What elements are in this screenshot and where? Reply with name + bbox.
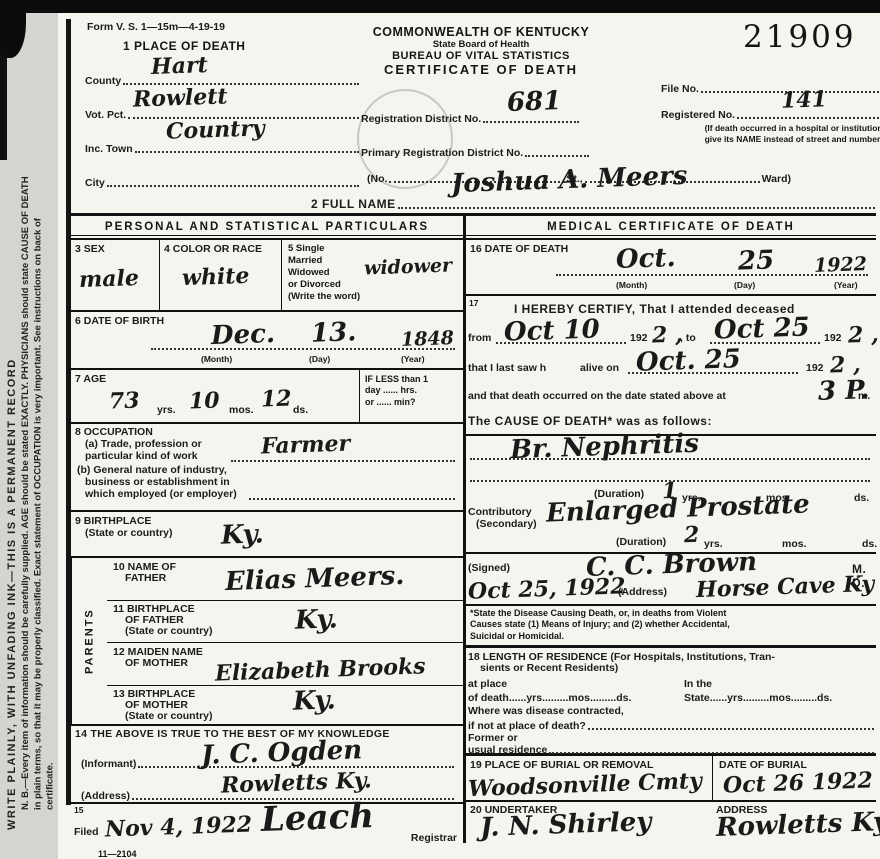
father-name-label2: FATHER	[125, 572, 166, 584]
occupation-value: Farmer	[261, 430, 351, 459]
street-no-label: (No.	[367, 173, 387, 185]
dod-month-caption: (Month)	[616, 280, 647, 291]
state-line: State......yrs.........mos.........ds.	[684, 692, 832, 704]
if-less-line3: or ...... min?	[365, 397, 428, 408]
from-year-printed: 192	[630, 332, 648, 344]
in-the-label: In the	[684, 678, 712, 690]
at-place-label: at place	[468, 678, 507, 690]
signed-label: (Signed)	[468, 562, 510, 574]
residence-title-line2: sients or Recent Residents)	[480, 662, 618, 674]
burial-date-value: Oct 26 1922	[723, 767, 874, 798]
alive-on-label: alive on	[580, 362, 619, 374]
length-of-residence-row: 18 LENGTH OF RESIDENCE (For Hospitals, I…	[466, 648, 876, 756]
dod-label: 16 DATE OF DEATH	[470, 243, 568, 255]
occupation-a-line2: particular kind of work	[85, 450, 198, 462]
burial-place-value: Woodsonville Cmty	[468, 768, 703, 802]
personal-section-title: PERSONAL AND STATISTICAL PARTICULARS	[71, 216, 463, 240]
occupation-row: 8 OCCUPATION (a) Trade, profession or pa…	[71, 424, 463, 512]
certificate-body: PERSONAL AND STATISTICAL PARTICULARS 3 S…	[71, 213, 876, 843]
registrar-signature: Leach	[260, 796, 374, 840]
signed-date-value: Oct 25, 1922	[468, 573, 626, 604]
mother-name-label2: OF MOTHER	[125, 657, 188, 669]
registration-district-value: 681	[506, 86, 561, 118]
certificate-title: CERTIFICATE OF DEATH	[361, 62, 601, 77]
cause-of-death-label: The CAUSE OF DEATH* was as follows:	[468, 414, 712, 428]
hospital-note: (If death occurred in a hospital or inst…	[689, 123, 880, 144]
sex-cell: 3 SEX male	[71, 240, 159, 310]
marital-status-cell: 5 Single Married Widowed or Divorced (Wr…	[281, 240, 463, 310]
last-saw-value: Oct. 25	[636, 344, 742, 378]
dob-day-value: 13.	[310, 317, 356, 349]
last-saw-year-suffix: 2 ,	[830, 351, 862, 378]
informant-label: (Informant)	[81, 758, 136, 770]
dod-month-value: Oct.	[615, 243, 676, 275]
registered-no-blank	[737, 117, 879, 119]
dob-year-value: 1848	[401, 327, 455, 351]
primary-registration-label: Primary Registration District No.	[361, 147, 523, 159]
physician-address-label: (Address)	[618, 586, 667, 598]
last-saw-year-printed: 192	[806, 362, 824, 374]
if-less-line1: IF LESS than 1	[365, 374, 428, 385]
age-ds-caption: ds.	[293, 404, 308, 416]
occupation-b-line3: which employed (or employer)	[85, 488, 237, 500]
burial-place-label: 19 PLACE OF BURIAL OR REMOVAL	[470, 759, 653, 771]
father-birthplace-value: Ky.	[294, 605, 338, 636]
former-line2: usual residence	[468, 744, 547, 756]
last-saw-label: that I last saw h	[468, 362, 546, 374]
footnote-line3: Suicidal or Homicidal.	[470, 631, 730, 642]
bureau-subtitle: BUREAU OF VITAL STATISTICS	[361, 50, 601, 62]
secondary-label: (Secondary)	[476, 518, 537, 530]
dob-month-value: Dec.	[210, 319, 275, 351]
violent-causes-footnote: *State the Disease Causing Death, or, in…	[466, 606, 876, 648]
registered-no-label: Registered No.	[661, 109, 735, 121]
date-of-birth-row: 6 DATE OF BIRTH Dec. 13. 1848 (Month) (D…	[71, 312, 463, 370]
informant-address-value: Rowletts Ky.	[221, 767, 372, 798]
mother-birthplace-row: 13 BIRTHPLACE OF MOTHER (State or countr…	[107, 686, 463, 724]
registration-district-blank	[483, 121, 579, 123]
duration2-mos: mos.	[782, 538, 807, 550]
filed-row: 15 Filed Nov 4, 1922 Leach Registrar	[71, 804, 463, 846]
medical-certificate-column: MEDICAL CERTIFICATE OF DEATH 16 DATE OF …	[466, 216, 876, 843]
occupation-label: 8 OCCUPATION	[75, 426, 153, 438]
contributory-label: Contributory	[468, 506, 532, 518]
mother-name-row: 12 MAIDEN NAME OF MOTHER Elizabeth Brook…	[107, 643, 463, 686]
certify-row: 17 I HEREBY CERTIFY, That I attended dec…	[466, 296, 876, 436]
left-margin-notes: WRITE PLAINLY, WITH UNFADING INK—THIS IS…	[6, 20, 58, 850]
if-less-than-day-cell: IF LESS than 1 day ...... hrs. or ......…	[359, 370, 463, 422]
title-block: COMMONWEALTH OF KENTUCKY State Board of …	[361, 25, 601, 77]
age-yrs-caption: yrs.	[157, 404, 176, 416]
inc-town-value: Country	[166, 115, 266, 144]
if-less-line2: day ...... hrs.	[365, 385, 428, 396]
color-race-value: white	[182, 263, 250, 291]
registered-no-value: 141	[781, 86, 828, 114]
dob-label: 6 DATE OF BIRTH	[75, 315, 164, 327]
to-date-value: Oct 25	[714, 312, 811, 345]
duration1-ds: ds.	[854, 492, 869, 504]
marital-option-widowed: Widowed	[288, 267, 360, 279]
undertaker-address-value: Rowletts Ky	[716, 807, 880, 843]
dob-month-caption: (Month)	[201, 354, 232, 365]
from-year-suffix: 2 ,	[652, 321, 684, 348]
age-mos-caption: mos.	[229, 404, 254, 416]
footnote-line2: Causes state (1) Means of Injury; and (2…	[470, 619, 730, 630]
occupation-b-line1: (b) General nature of industry,	[77, 464, 227, 476]
filed-date-value: Nov 4, 1922	[105, 811, 253, 842]
certificate-header: Form V. S. 1—15m—4-19-19 1 PLACE OF DEAT…	[71, 13, 880, 213]
former-blank	[549, 752, 874, 754]
birthplace-row: 9 BIRTHPLACE (State or country) Ky.	[71, 512, 463, 558]
age-years-value: 73	[109, 387, 141, 414]
occupation-b-blank	[249, 498, 455, 500]
death-time-suffix: m.	[858, 390, 870, 402]
footnote-line1: *State the Disease Causing Death, or, in…	[470, 608, 730, 619]
city-label: City	[85, 177, 105, 189]
father-name-value: Elias Meers.	[225, 561, 405, 597]
dod-year-value: 1922	[814, 253, 868, 277]
cause-of-death-row: Br. Nephritis (Duration) 1 yrs. mos. ds.…	[466, 436, 876, 554]
from-label: from	[468, 332, 491, 344]
inc-town-blank-line	[135, 151, 359, 153]
date-of-death-row: 16 DATE OF DEATH Oct. 25 1922 (Month) (D…	[466, 240, 876, 296]
age-label: 7 AGE	[75, 373, 106, 385]
commonwealth-title: COMMONWEALTH OF KENTUCKY	[361, 25, 601, 39]
dob-day-caption: (Day)	[309, 354, 330, 365]
inc-town-label: Inc. Town	[85, 143, 133, 155]
burial-place-cell: 19 PLACE OF BURIAL OR REMOVAL Woodsonvil…	[466, 756, 712, 800]
form-code: Form V. S. 1—15m—4-19-19	[87, 21, 225, 33]
contracted-line2: if not at place of death?	[468, 720, 586, 732]
to-year-printed: 192	[824, 332, 842, 344]
county-label: County	[85, 75, 121, 87]
registrar-caption: Registrar	[411, 832, 457, 844]
undertaker-row: 20 UNDERTAKER ADDRESS J. N. Shirley Rowl…	[466, 802, 876, 846]
file-no-label: File No.	[661, 83, 699, 95]
from-date-value: Oct 10	[504, 314, 601, 347]
occupation-a-blank	[231, 460, 455, 462]
to-year-suffix: 2 ,	[848, 321, 880, 348]
duration2-label: (Duration)	[616, 536, 666, 548]
burial-date-cell: DATE OF BURIAL Oct 26 1922	[712, 756, 876, 800]
contracted-blank	[588, 728, 874, 730]
informant-address-label: (Address)	[81, 790, 130, 802]
color-race-label: 4 COLOR OR RACE	[164, 243, 262, 255]
physician-address-value: Horse Cave Ky	[696, 571, 875, 603]
occupation-a-line1: (a) Trade, profession or	[85, 438, 202, 450]
sex-value: male	[79, 265, 140, 293]
medical-section-title: MEDICAL CERTIFICATE OF DEATH	[466, 216, 876, 240]
personal-particulars-column: PERSONAL AND STATISTICAL PARTICULARS 3 S…	[71, 216, 466, 843]
informant-value: J. C. Ogden	[201, 735, 363, 771]
marital-option-divorced: or Divorced	[288, 279, 360, 291]
bottom-form-code: 11—2104	[98, 849, 137, 859]
ward-label: Ward)	[762, 173, 791, 185]
birthplace-label: 9 BIRTHPLACE	[75, 515, 151, 527]
age-values-cell: 7 AGE 73 yrs. 10 mos. 12 ds.	[71, 370, 359, 422]
registration-district-label: Registration District No.	[361, 113, 481, 125]
sex-label: 3 SEX	[75, 243, 105, 255]
city-blank-line	[107, 185, 359, 187]
age-row: 7 AGE 73 yrs. 10 mos. 12 ds. IF LESS tha…	[71, 370, 463, 424]
color-race-cell: 4 COLOR OR RACE white	[159, 240, 281, 310]
full-name-blank	[398, 207, 875, 209]
place-of-death-heading: 1 PLACE OF DEATH	[123, 39, 245, 53]
father-birthplace-row: 11 BIRTHPLACE OF FATHER (State or countr…	[107, 601, 463, 643]
certificate-number: 21909	[743, 19, 857, 55]
dod-year-caption: (Year)	[834, 280, 858, 291]
age-days-value: 12	[261, 385, 293, 412]
county-blank-line	[123, 83, 359, 85]
duration2-value: 2	[684, 522, 700, 549]
certify-item-no: 17	[469, 298, 478, 309]
filed-label: Filed	[74, 826, 99, 838]
age-months-value: 10	[189, 387, 221, 414]
marital-status-value: widower	[364, 254, 453, 279]
board-subtitle: State Board of Health	[361, 39, 601, 50]
father-name-row: 10 NAME OF FATHER Elias Meers.	[107, 558, 463, 601]
full-name-label: 2 FULL NAME	[311, 197, 396, 211]
contributory-value: Enlarged Prostate	[546, 489, 811, 528]
mother-name-value: Elizabeth Brooks	[215, 653, 426, 686]
sex-color-marital-row: 3 SEX male 4 COLOR OR RACE white 5 Singl…	[71, 240, 463, 312]
dob-year-caption: (Year)	[401, 354, 425, 365]
death-certificate-document: Form V. S. 1—15m—4-19-19 1 PLACE OF DEAT…	[58, 13, 880, 859]
mother-birthplace-value: Ky.	[292, 686, 336, 717]
father-bp-label3: (State or country)	[125, 625, 213, 637]
contracted-line1: Where was disease contracted,	[468, 705, 624, 717]
parents-side-label: PARENTS	[71, 558, 107, 724]
birthplace-sub-label: (State or country)	[85, 527, 173, 539]
vot-pct-value: Rowlett	[133, 83, 228, 112]
duration2-ds: ds.	[862, 538, 877, 550]
burial-row: 19 PLACE OF BURIAL OR REMOVAL Woodsonvil…	[466, 756, 876, 802]
undertaker-value: J. N. Shirley	[480, 807, 652, 843]
primary-registration-blank	[525, 155, 589, 157]
county-value: Hart	[151, 52, 209, 80]
vot-pct-label: Vot. Pct.	[85, 109, 126, 121]
margin-nb-note: N. B.—Every item of information should b…	[20, 170, 54, 810]
marital-write-word-caption: (Write the word)	[288, 291, 360, 303]
to-label: , to	[680, 332, 696, 344]
marital-option-married: Married	[288, 255, 360, 267]
parents-block: PARENTS 10 NAME OF FATHER Elias Meers. 1…	[71, 558, 463, 726]
dod-day-caption: (Day)	[734, 280, 755, 291]
death-occurred-label: and that death occurred on the date stat…	[468, 390, 726, 402]
birthplace-value: Ky.	[220, 519, 264, 550]
of-death-line: of death......yrs.........mos.........ds…	[468, 692, 631, 704]
dod-day-value: 25	[737, 245, 774, 276]
margin-permanent-record-note: WRITE PLAINLY, WITH UNFADING INK—THIS IS…	[6, 30, 18, 830]
marital-option-single: 5 Single	[288, 243, 360, 255]
attestation-row: 14 THE ABOVE IS TRUE TO THE BEST OF MY K…	[71, 726, 463, 804]
filed-item-no: 15	[74, 805, 83, 816]
occupation-b-line2: business or establishment in	[85, 476, 230, 488]
mother-bp-label3: (State or country)	[125, 710, 213, 722]
signed-row: (Signed) C. C. Brown M. D. Oct 25, 1922 …	[466, 554, 876, 606]
film-edge-top	[0, 0, 880, 13]
